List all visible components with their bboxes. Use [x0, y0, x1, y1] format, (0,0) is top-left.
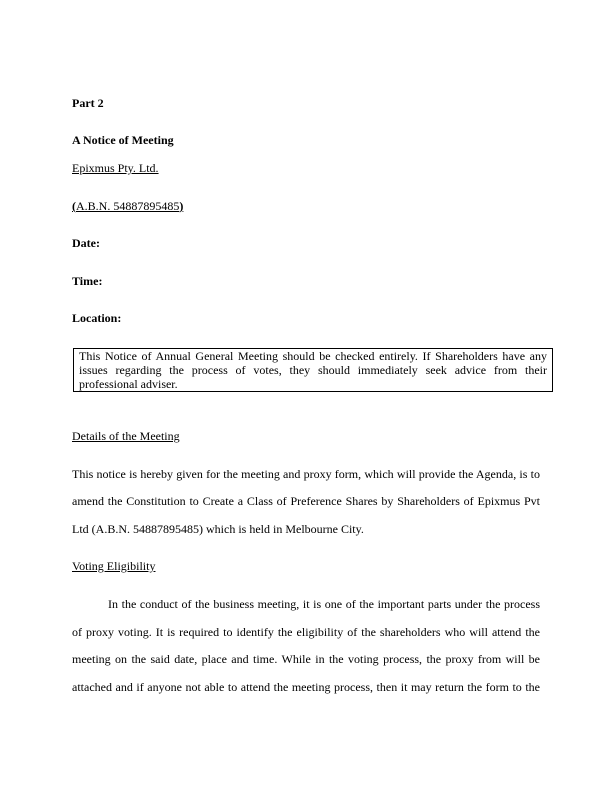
- time-label: Time:: [72, 274, 102, 288]
- details-paragraph-line: amend the Constitution to Create a Class…: [72, 494, 540, 508]
- section-heading-details: Details of the Meeting: [72, 429, 180, 443]
- location-label: Location:: [72, 311, 121, 325]
- voting-paragraph-line: of proxy voting. It is required to ident…: [72, 625, 540, 639]
- voting-paragraph-line: In the conduct of the business meeting, …: [108, 597, 540, 611]
- abn-number: A.B.N. 54887895485: [76, 199, 179, 213]
- voting-paragraph-line: attached and if anyone not able to atten…: [72, 680, 540, 694]
- notice-box-line: professional adviser.: [79, 377, 547, 391]
- notice-title: A Notice of Meeting: [72, 133, 174, 147]
- notice-box: This Notice of Annual General Meeting sh…: [73, 348, 553, 392]
- document-page: Part 2 A Notice of Meeting Epixmus Pty. …: [0, 0, 612, 792]
- date-label: Date:: [72, 236, 100, 250]
- section-heading-voting: Voting Eligibility: [72, 559, 155, 573]
- voting-paragraph-line: meeting on the said date, place and time…: [72, 652, 540, 666]
- details-paragraph-line: Ltd (A.B.N. 54887895485) which is held i…: [72, 522, 364, 536]
- company-name: Epixmus Pty. Ltd.: [72, 161, 159, 175]
- company-abn: (A.B.N. 54887895485): [72, 199, 183, 213]
- abn-close-paren: ): [179, 199, 183, 213]
- notice-box-line: This Notice of Annual General Meeting sh…: [79, 349, 547, 363]
- details-paragraph-line: This notice is hereby given for the meet…: [72, 467, 540, 481]
- part-heading: Part 2: [72, 96, 104, 110]
- notice-box-line: issues regarding the process of votes, t…: [79, 363, 547, 377]
